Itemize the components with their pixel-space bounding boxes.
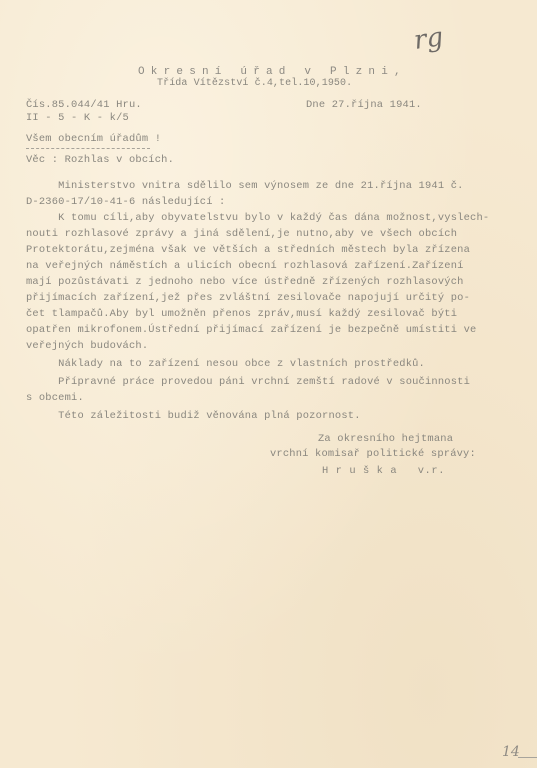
body-line: Přípravné práce provedou páni vrchní zem… bbox=[26, 376, 470, 388]
body-line: na veřejných náměstích a ulicích obecní … bbox=[26, 260, 464, 272]
subject: Věc : Rozhlas v obcích. bbox=[26, 154, 174, 166]
reference-code: II - 5 - K - k/5 bbox=[26, 112, 129, 124]
body-line: opatřen mikrofonem.Ústřední přijímací za… bbox=[26, 324, 476, 336]
body-line: D-2360-17/10-41-6 následující : bbox=[26, 196, 226, 208]
reference-number: Čís.85.044/41 Hru. bbox=[26, 99, 142, 111]
body-line: Protektorátu,zejména však ve větších a s… bbox=[26, 244, 470, 256]
body-line: čet tlampačů.Aby byl umožněn přenos zprá… bbox=[26, 308, 457, 320]
document-date: Dne 27.října 1941. bbox=[306, 99, 422, 111]
signature-line-1: Za okresního hejtmana bbox=[318, 433, 453, 445]
signature-name: H r u š k a v.r. bbox=[322, 465, 445, 477]
addressee: Všem obecním úřadům ! bbox=[26, 133, 161, 145]
office-address: Třída Vítězství č.4,tel.10,1950. bbox=[157, 78, 352, 90]
body-line: přijímacích zařízení,jež přes zvláštní z… bbox=[26, 292, 470, 304]
document-page: rg Okresní úřad v Plzni, Třída Vítězství… bbox=[0, 0, 537, 768]
body-line: mají pozůstávati z jednoho nebo více úst… bbox=[26, 276, 464, 288]
office-name: Okresní úřad v Plzni, bbox=[138, 66, 407, 78]
body-line: veřejných budovách. bbox=[26, 340, 148, 352]
body-line: s obcemi. bbox=[26, 392, 84, 404]
signature-line-2: vrchní komisař politické správy: bbox=[270, 448, 476, 460]
body-line: Této záležitosti budiž věnována plná poz… bbox=[26, 410, 361, 422]
page-number-stroke bbox=[518, 757, 537, 758]
handwritten-initials: rg bbox=[412, 22, 445, 56]
body-line: Ministerstvo vnitra sdělilo sem výnosem … bbox=[26, 180, 464, 192]
addressee-underline bbox=[26, 148, 150, 149]
body-line: nouti rozhlasové zprávy a jiná sdělení,j… bbox=[26, 228, 457, 240]
body-line: K tomu cíli,aby obyvatelstvu bylo v každ… bbox=[26, 212, 489, 224]
body-line: Náklady na to zařízení nesou obce z vlas… bbox=[26, 358, 425, 370]
